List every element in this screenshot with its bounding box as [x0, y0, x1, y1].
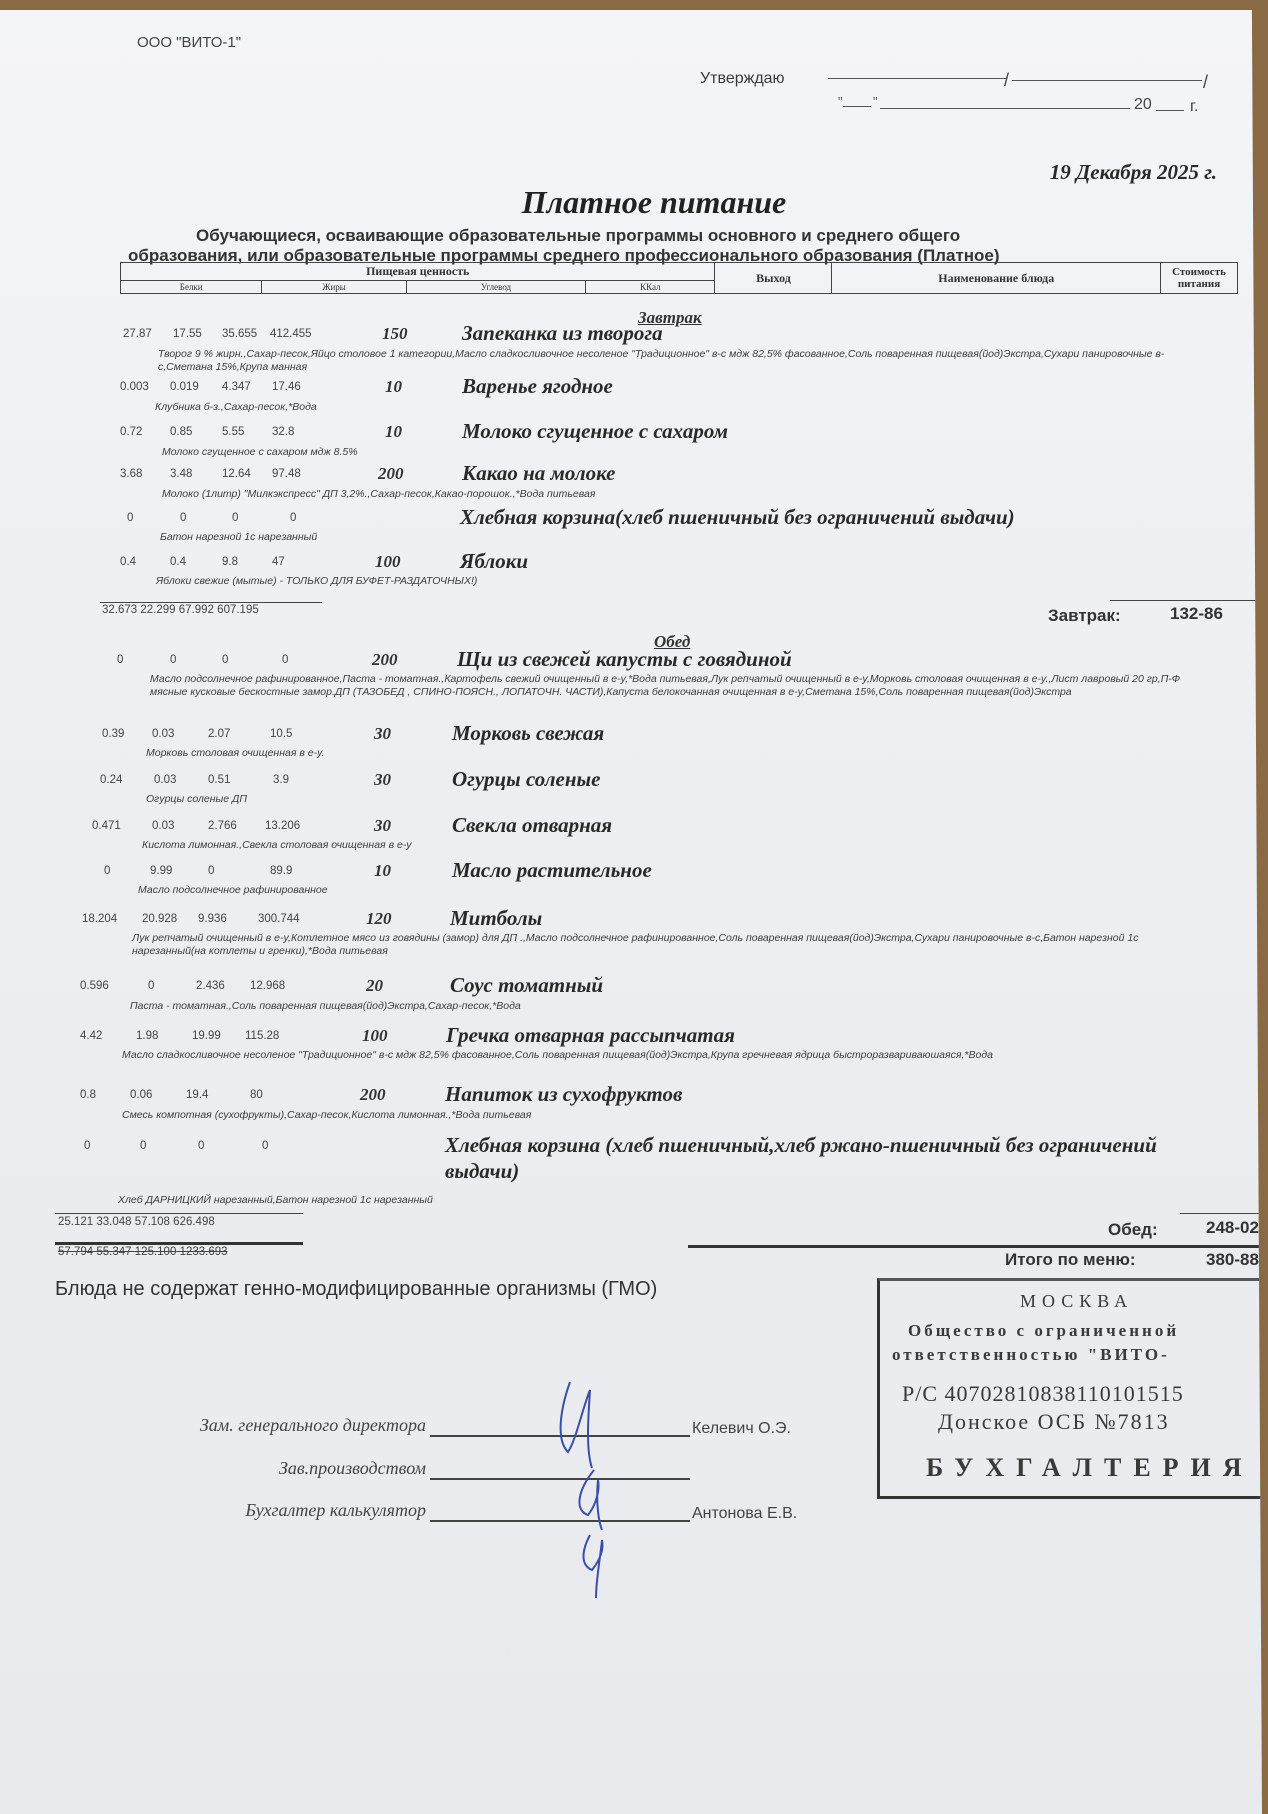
nutrition-proteins: 4.42	[80, 1030, 102, 1042]
nutrition-kcal: 12.968	[250, 980, 285, 992]
stamp-line-2: ответственностью "ВИТО-	[892, 1345, 1170, 1365]
dish-name: Какао на молоке	[462, 460, 616, 486]
dish-name: Масло растительное	[452, 857, 652, 883]
stamp-department: БУХГАЛТЕРИЯ	[926, 1453, 1254, 1483]
approve-year-line	[1156, 110, 1184, 111]
stamp-bank: Донское ОСБ №7813	[938, 1409, 1170, 1435]
dish-name: Огурцы соленые	[452, 766, 600, 792]
dish-yield: 200	[378, 464, 404, 484]
gmo-note: Блюда не содержат генно-модифицированные…	[55, 1278, 657, 1301]
approve-signature-line	[828, 78, 1006, 79]
nutrition-kcal: 0	[282, 654, 288, 666]
fats-header: Жиры	[262, 281, 406, 294]
nutrition-fats: 20.928	[142, 913, 177, 925]
lunch-total-fats: 33.048	[96, 1216, 131, 1228]
breakfast-total-proteins: 32.673	[102, 604, 137, 616]
approve-separator: /	[1203, 72, 1208, 93]
nutrition-fats: 0.03	[152, 728, 174, 740]
dish-ingredients: Кислота лимонная.,Свекла столовая очищен…	[142, 839, 1202, 852]
dish-yield: 10	[374, 861, 391, 881]
breakfast-total-kcal: 607.195	[217, 604, 259, 616]
dish-name: Свекла отварная	[452, 812, 612, 838]
approve-year-suffix: г.	[1190, 98, 1198, 116]
nutrition-carbs: 9.936	[198, 913, 227, 925]
nutrition-fats: 0.019	[170, 381, 199, 393]
dish-name: Митболы	[450, 905, 542, 931]
nutrition-kcal: 10.5	[270, 728, 292, 740]
dish-yield: 150	[382, 324, 408, 344]
grand-total-fats: 55.347	[96, 1246, 131, 1258]
breakfast-totals-rule	[100, 602, 322, 603]
lunch-total-carbs: 57.108	[135, 1216, 170, 1228]
yield-header: Выход	[715, 263, 832, 294]
proteins-header: Белки	[121, 281, 262, 294]
dish-name: Морковь свежая	[452, 720, 604, 746]
nutrition-kcal: 80	[250, 1089, 263, 1101]
nutrition-carbs: 35.655	[222, 328, 257, 340]
nutrition-carbs: 0	[198, 1140, 204, 1152]
cost-header: Стоимость питания	[1161, 263, 1238, 294]
grand-total-rule-right	[688, 1245, 1268, 1248]
nutrition-kcal: 115.28	[245, 1030, 279, 1042]
page-title: Платное питание	[0, 184, 1268, 221]
dish-ingredients: Огурцы соленые ДП	[146, 793, 1206, 806]
nutrition-fats: 0	[140, 1140, 146, 1152]
approve-day-line	[843, 106, 871, 107]
breakfast-cost-rule	[1110, 600, 1268, 601]
dish-yield: 100	[375, 552, 401, 572]
nutrition-proteins: 0	[84, 1140, 90, 1152]
dish-ingredients: Хлеб ДАРНИЦКИЙ нарезанный,Батон нарезной…	[118, 1194, 1178, 1207]
breakfast-cost-value: 132-86	[1170, 604, 1223, 624]
company-stamp: МОСКВА Общество с ограниченной ответстве…	[877, 1278, 1268, 1499]
lunch-totals-rule	[55, 1213, 303, 1214]
lunch-cost-value: 248-02	[1206, 1218, 1259, 1238]
dish-yield: 10	[385, 422, 402, 442]
nutrition-carbs: 19.4	[186, 1089, 208, 1101]
nutrition-carbs: 0	[208, 865, 214, 877]
nutrition-fats: 0.85	[170, 426, 192, 438]
carbs-header: Углевод	[406, 281, 585, 294]
dish-yield: 30	[374, 770, 391, 790]
dish-ingredients: Морковь столовая очищенная в е-у.	[146, 747, 1206, 760]
nutrition-carbs: 9.8	[222, 556, 238, 568]
nutrition-proteins: 0	[127, 512, 133, 524]
nutrition-proteins: 0	[117, 654, 123, 666]
document-page: ООО "ВИТО-1" Утверждаю / / " " 20 г. 19 …	[0, 10, 1262, 1814]
document-date: 19 Декабря 2025 г.	[1050, 160, 1217, 185]
lunch-cost-rule	[1180, 1213, 1268, 1214]
dish-ingredients: Творог 9 % жирн.,Сахар-песок,Яйцо столов…	[158, 348, 1208, 374]
dish-ingredients: Паста - томатная.,Соль поваренная пищева…	[130, 1000, 1190, 1013]
dish-ingredients: Клубника б-з.,Сахар-песок,*Вода	[155, 401, 1215, 414]
dish-yield: 20	[366, 976, 383, 996]
dish-name: Яблоки	[460, 548, 528, 574]
nutrition-proteins: 0.003	[120, 381, 149, 393]
dish-name: Молоко сгущенное с сахаром	[462, 418, 728, 444]
nutrition-kcal: 300.744	[258, 913, 300, 925]
breakfast-total-carbs: 67.992	[179, 604, 214, 616]
nutrition-proteins: 0.39	[102, 728, 124, 740]
dish-yield: 200	[372, 650, 398, 670]
dish-name: Щи из свежей капусты с говядиной	[457, 646, 792, 672]
lunch-totals: 25.121 33.048 57.108 626.498	[58, 1216, 215, 1228]
signatory-name: Келевич О.Э.	[692, 1420, 791, 1438]
stamp-account: Р/С 40702810838110101515	[902, 1381, 1184, 1407]
nutrition-kcal: 0	[290, 512, 296, 524]
dish-ingredients: Масло сладкосливочное несоленое "Традици…	[122, 1049, 1182, 1062]
approve-year-prefix: 20	[1134, 96, 1152, 114]
signature-role: Зам. генерального директора	[106, 1415, 426, 1436]
grand-total-cost: 380-88	[1206, 1250, 1259, 1270]
grand-totals: 57.794 55.347 125.100 1233.693	[58, 1246, 228, 1258]
dish-name-header: Наименование блюда	[832, 263, 1161, 294]
grand-total-proteins: 57.794	[58, 1246, 93, 1258]
nutrition-proteins: 18.204	[82, 913, 117, 925]
dish-yield: 10	[385, 377, 402, 397]
nutrition-carbs: 0.51	[208, 774, 230, 786]
dish-name: Хлебная корзина (хлеб пшеничный,хлеб ржа…	[445, 1132, 1165, 1184]
nutrition-carbs: 12.64	[222, 468, 251, 480]
breakfast-totals: 32.673 22.299 67.992 607.195	[102, 604, 259, 616]
approve-label: Утверждаю	[700, 70, 785, 88]
dish-name: Запеканка из творога	[462, 320, 663, 346]
nutrition-fats: 0.4	[170, 556, 186, 568]
nutrition-fats: 0	[148, 980, 154, 992]
dish-name: Напиток из сухофруктов	[445, 1081, 682, 1107]
approve-separator: /	[1004, 70, 1009, 91]
nutrition-kcal: 97.48	[272, 468, 301, 480]
signature-role: Бухгалтер калькулятор	[106, 1500, 426, 1521]
nutrition-fats: 0	[180, 512, 186, 524]
menu-table-header: Пищевая ценность Выход Наименование блюд…	[120, 262, 1238, 294]
kcal-header: ККал	[586, 281, 715, 294]
nutrition-proteins: 0.471	[92, 820, 121, 832]
nutrition-fats: 9.99	[150, 865, 172, 877]
dish-yield: 100	[362, 1026, 388, 1046]
dish-ingredients: Лук репчатый очищенный в е-у,Котлетное м…	[132, 932, 1192, 958]
nutrition-kcal: 17.46	[272, 381, 301, 393]
nutrition-carbs: 0	[232, 512, 238, 524]
stamp-line-1: Общество с ограниченной	[908, 1321, 1179, 1341]
organization-name: ООО "ВИТО-1"	[137, 34, 241, 51]
nutrition-carbs: 2.07	[208, 728, 230, 740]
subtitle-line-1: Обучающиеся, осваивающие образовательные…	[128, 226, 1228, 246]
handwritten-signature-icon	[530, 1370, 650, 1600]
dish-yield: 200	[360, 1085, 386, 1105]
approve-name-line	[1012, 80, 1202, 81]
nutrition-kcal: 3.9	[273, 774, 289, 786]
dish-ingredients: Масло подсолнечное рафинированное	[138, 884, 1198, 897]
nutrition-carbs: 2.766	[208, 820, 237, 832]
nutrition-proteins: 0.24	[100, 774, 122, 786]
nutrition-fats: 0.03	[152, 820, 174, 832]
nutrition-carbs: 0	[222, 654, 228, 666]
lunch-total-proteins: 25.121	[58, 1216, 93, 1228]
grand-totals-rule	[55, 1242, 303, 1245]
dish-yield: 30	[374, 724, 391, 744]
nutrition-kcal: 412.455	[270, 328, 312, 340]
nutrition-kcal: 47	[272, 556, 285, 568]
nutrition-kcal: 0	[262, 1140, 268, 1152]
dish-yield: 30	[374, 816, 391, 836]
nutrition-proteins: 27.87	[123, 328, 152, 340]
grand-total-label: Итого по меню:	[1005, 1250, 1136, 1270]
grand-total-kcal: 1233.693	[180, 1246, 228, 1258]
dish-ingredients: Молоко сгущенное с сахаром мдж 8.5%	[162, 446, 1222, 459]
nutrition-fats: 0.03	[154, 774, 176, 786]
nutrition-fats: 0	[170, 654, 176, 666]
dish-name: Варенье ягодное	[462, 373, 613, 399]
nutrition-fats: 17.55	[173, 328, 202, 340]
approve-month-line	[880, 108, 1130, 109]
nutrition-carbs: 4.347	[222, 381, 251, 393]
nutrition-proteins: 0	[104, 865, 110, 877]
nutrition-fats: 1.98	[136, 1030, 158, 1042]
nutrition-carbs: 2.436	[196, 980, 225, 992]
nutrition-carbs: 5.55	[222, 426, 244, 438]
nutrition-fats: 0.06	[130, 1089, 152, 1101]
page-subtitle: Обучающиеся, осваивающие образовательные…	[128, 226, 1228, 266]
dish-ingredients: Молоко (1литр) "Милкэкспресс" ДП 3,2%.,С…	[162, 488, 1222, 501]
nutrition-proteins: 0.72	[120, 426, 142, 438]
dish-name: Гречка отварная рассыпчатая	[446, 1022, 735, 1048]
nutrition-proteins: 0.4	[120, 556, 136, 568]
nutrition-kcal: 89.9	[270, 865, 292, 877]
dish-name: Соус томатный	[450, 972, 603, 998]
dish-ingredients: Масло подсолнечное рафинированное,Паста …	[150, 673, 1210, 699]
nutrition-header: Пищевая ценность	[121, 263, 715, 281]
grand-total-carbs: 125.100	[135, 1246, 177, 1258]
signature-role: Зав.производством	[106, 1458, 426, 1479]
quote-open: "	[838, 94, 843, 109]
lunch-cost-label: Обед:	[1108, 1220, 1158, 1240]
nutrition-kcal: 13.206	[265, 820, 300, 832]
breakfast-cost-label: Завтрак:	[1048, 606, 1121, 626]
dish-name: Хлебная корзина(хлеб пшеничный без огран…	[460, 504, 1015, 530]
nutrition-proteins: 0.8	[80, 1089, 96, 1101]
nutrition-carbs: 19.99	[192, 1030, 221, 1042]
dish-ingredients: Яблоки свежие (мытые) - ТОЛЬКО ДЛЯ БУФЕТ…	[156, 575, 1216, 588]
dish-ingredients: Смесь компотная (сухофрукты),Сахар-песок…	[122, 1109, 1182, 1122]
lunch-total-kcal: 626.498	[173, 1216, 215, 1228]
stamp-city: МОСКВА	[1020, 1291, 1133, 1312]
dish-yield: 120	[366, 909, 392, 929]
dish-ingredients: Батон нарезной 1с нарезанный	[160, 531, 1220, 544]
nutrition-proteins: 3.68	[120, 468, 142, 480]
nutrition-proteins: 0.596	[80, 980, 109, 992]
quote-close: "	[873, 94, 878, 109]
signatory-name: Антонова Е.В.	[692, 1505, 797, 1523]
nutrition-kcal: 32.8	[272, 426, 294, 438]
breakfast-total-fats: 22.299	[140, 604, 175, 616]
nutrition-fats: 3.48	[170, 468, 192, 480]
